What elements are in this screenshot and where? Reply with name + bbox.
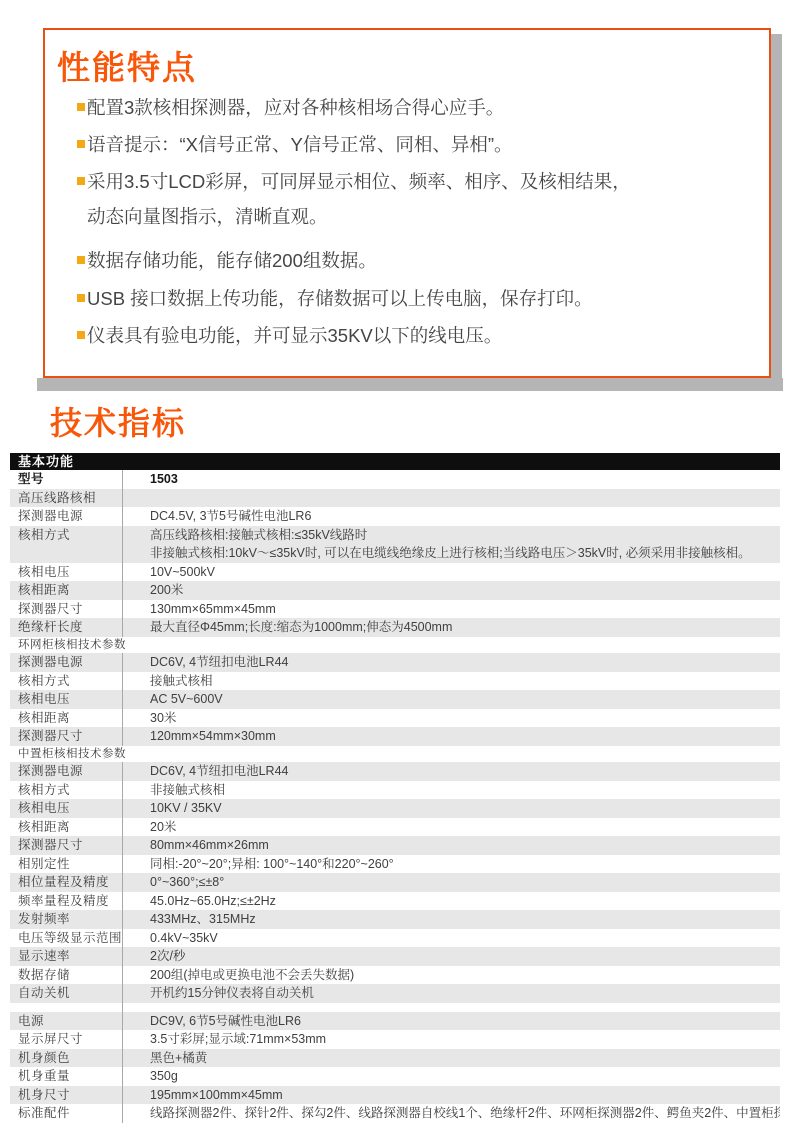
spec-row: 核相距离30米 (10, 709, 780, 728)
spec-label: 相别定性 (10, 855, 122, 874)
feature-item: 采用3.5寸LCD彩屏，可同屏显示相位、频率、相序、及核相结果， (45, 170, 745, 194)
spec-row: 机身重量350g (10, 1067, 780, 1086)
bullet-square-icon (77, 177, 85, 185)
spec-value: DC4.5V, 3节5号碱性电池LR6 (122, 507, 780, 526)
spec-label: 探测器尺寸 (10, 727, 122, 746)
feature-item: 仪表具有验电功能，并可显示35KV以下的线电压。 (45, 324, 745, 348)
spec-label: 核相方式 (10, 781, 122, 800)
spec-row: 频率量程及精度45.0Hz~65.0Hz;≤±2Hz (10, 892, 780, 911)
spec-row: 探测器尺寸120mm×54mm×30mm (10, 727, 780, 746)
spec-value: 10V~500kV (122, 563, 780, 582)
spec-row: 显示屏尺寸3.5寸彩屏;显示域:71mm×53mm (10, 1030, 780, 1049)
spec-value: 20米 (122, 818, 780, 837)
spec-value: DC6V, 4节纽扣电池LR44 (122, 762, 780, 781)
bullet-square-icon (77, 294, 85, 302)
specs-title: 技术指标 (50, 398, 186, 444)
spec-value: 350g (122, 1067, 780, 1086)
feature-text: 动态向量图指示，清晰直观。 (87, 205, 328, 229)
feature-text: 仪表具有验电功能，并可显示35KV以下的线电压。 (87, 324, 502, 348)
feature-item: 语音提示：“X信号正常、Y信号正常、同相、异相”。 (45, 133, 745, 157)
spec-label: 标准配件 (10, 1104, 122, 1123)
spec-label: 核相电压 (10, 563, 122, 582)
spec-subsection-row: 环网柜核相技术参数 (10, 637, 780, 654)
spec-label: 核相距离 (10, 709, 122, 728)
spec-value: 195mm×100mm×45mm (122, 1086, 780, 1105)
spec-value: 3.5寸彩屏;显示域:71mm×53mm (122, 1030, 780, 1049)
spec-row: 型号1503 (10, 470, 780, 489)
spec-row: 标准配件线路探测器2件、探针2件、探勾2件、线路探测器自校线1个、绝缘杆2件、环… (10, 1104, 780, 1123)
spec-value: 0.4kV~35kV (122, 929, 780, 948)
spec-row: 核相电压10KV / 35KV (10, 799, 780, 818)
spec-row: 核相电压10V~500kV (10, 563, 780, 582)
spec-row: 相位量程及精度0°~360°;≤±8° (10, 873, 780, 892)
spec-label: 机身颜色 (10, 1049, 122, 1068)
spec-value: 同相:-20°~20°;异相: 100°~140°和220°~260° (122, 855, 780, 874)
spec-value: DC6V, 4节纽扣电池LR44 (122, 653, 780, 672)
spec-row: 机身颜色黑色+橘黄 (10, 1049, 780, 1068)
spec-label: 探测器尺寸 (10, 836, 122, 855)
spec-label: 探测器电源 (10, 507, 122, 526)
spec-value: 非接触式核相 (122, 781, 780, 800)
bullet-square-icon (77, 256, 85, 264)
feature-text: 数据存储功能，能存储200组数据。 (87, 249, 377, 273)
spec-gap-value (122, 1003, 780, 1012)
spec-label: 机身尺寸 (10, 1086, 122, 1105)
spec-value (122, 489, 780, 508)
spec-label: 核相方式 (10, 526, 122, 563)
spec-label: 探测器尺寸 (10, 600, 122, 619)
spec-value: 线路探测器2件、探针2件、探勾2件、线路探测器自校线1个、绝缘杆2件、环网柜探测… (122, 1104, 780, 1123)
spec-value: 45.0Hz~65.0Hz;≤±2Hz (122, 892, 780, 911)
spec-label: 核相距离 (10, 581, 122, 600)
card-shadow-right (771, 34, 782, 391)
spec-label: 型号 (10, 470, 122, 489)
spec-label: 探测器电源 (10, 653, 122, 672)
spec-row: 绝缘杆长度最大直径Φ45mm;长度:缩态为1000mm;伸态为4500mm (10, 618, 780, 637)
features-card: 性能特点 配置3款核相探测器，应对各种核相场合得心应手。语音提示：“X信号正常、… (43, 28, 771, 378)
spec-label: 电压等级显示范围 (10, 929, 122, 948)
spec-value: 200组(掉电或更换电池不会丢失数据) (122, 966, 780, 985)
feature-item: 动态向量图指示，清晰直观。 (45, 205, 745, 229)
spec-gap-row (10, 1003, 780, 1012)
bullet-square-icon (77, 331, 85, 339)
spec-row: 相别定性同相:-20°~20°;异相: 100°~140°和220°~260° (10, 855, 780, 874)
spec-label: 机身重量 (10, 1067, 122, 1086)
feature-text: 语音提示：“X信号正常、Y信号正常、同相、异相”。 (87, 133, 513, 157)
feature-item: USB 接口数据上传功能，存储数据可以上传电脑，保存打印。 (45, 287, 745, 311)
bullet-square-icon (77, 103, 85, 111)
spec-label: 相位量程及精度 (10, 873, 122, 892)
feature-text: USB 接口数据上传功能，存储数据可以上传电脑，保存打印。 (87, 287, 593, 311)
spec-subsection-row: 中置柜核相技术参数 (10, 746, 780, 763)
spec-row: 核相方式高压线路核相:接触式核相:≤35kV线路时非接触式核相:10kV～≤35… (10, 526, 780, 563)
feature-text: 采用3.5寸LCD彩屏，可同屏显示相位、频率、相序、及核相结果， (87, 170, 631, 194)
spec-value: 黑色+橘黄 (122, 1049, 780, 1068)
spec-label: 频率量程及精度 (10, 892, 122, 911)
spec-value: AC 5V~600V (122, 690, 780, 709)
spec-value: 433MHz、315MHz (122, 910, 780, 929)
feature-item: 数据存储功能，能存储200组数据。 (45, 249, 745, 273)
spec-value: 2次/秒 (122, 947, 780, 966)
feature-item: 配置3款核相探测器，应对各种核相场合得心应手。 (45, 96, 745, 120)
spec-value: DC9V, 6节5号碱性电池LR6 (122, 1012, 780, 1031)
spec-label: 核相电压 (10, 690, 122, 709)
spec-row: 核相方式非接触式核相 (10, 781, 780, 800)
spec-row: 探测器电源DC6V, 4节纽扣电池LR44 (10, 653, 780, 672)
spec-value: 120mm×54mm×30mm (122, 727, 780, 746)
spec-label: 显示屏尺寸 (10, 1030, 122, 1049)
spec-row: 核相距离200米 (10, 581, 780, 600)
spec-label: 高压线路核相 (10, 489, 122, 508)
spec-gap-label (10, 1003, 122, 1012)
spec-row: 机身尺寸195mm×100mm×45mm (10, 1086, 780, 1105)
spec-row: 数据存储200组(掉电或更换电池不会丢失数据) (10, 966, 780, 985)
features-title: 性能特点 (57, 42, 197, 89)
spec-value-line: 非接触式核相:10kV～≤35kV时, 可以在电缆线绝缘皮上进行核相;当线路电压… (150, 544, 780, 563)
spec-rows: 型号1503高压线路核相探测器电源DC4.5V, 3节5号碱性电池LR6核相方式… (10, 470, 780, 1123)
spec-value: 最大直径Φ45mm;长度:缩态为1000mm;伸态为4500mm (122, 618, 780, 637)
spec-label: 探测器电源 (10, 762, 122, 781)
spec-value: 80mm×46mm×26mm (122, 836, 780, 855)
spec-row: 探测器电源DC4.5V, 3节5号碱性电池LR6 (10, 507, 780, 526)
spec-row: 电压等级显示范围0.4kV~35kV (10, 929, 780, 948)
bullet-square-icon (77, 140, 85, 148)
spec-row: 核相电压AC 5V~600V (10, 690, 780, 709)
spec-label: 显示速率 (10, 947, 122, 966)
spec-label: 自动关机 (10, 984, 122, 1003)
spec-table: 基本功能 型号1503高压线路核相探测器电源DC4.5V, 3节5号碱性电池LR… (10, 453, 780, 1123)
spec-row: 探测器电源DC6V, 4节纽扣电池LR44 (10, 762, 780, 781)
card-shadow-bottom (37, 378, 783, 391)
spec-value: 开机约15分钟仪表将自动关机 (122, 984, 780, 1003)
spec-row: 自动关机开机约15分钟仪表将自动关机 (10, 984, 780, 1003)
spec-value: 接触式核相 (122, 672, 780, 691)
spec-label: 核相距离 (10, 818, 122, 837)
spec-value: 10KV / 35KV (122, 799, 780, 818)
spec-value: 0°~360°;≤±8° (122, 873, 780, 892)
spec-row: 探测器尺寸130mm×65mm×45mm (10, 600, 780, 619)
spec-value: 1503 (122, 470, 780, 489)
feature-text: 配置3款核相探测器，应对各种核相场合得心应手。 (87, 96, 504, 120)
spec-label: 发射频率 (10, 910, 122, 929)
spec-value-line: 高压线路核相:接触式核相:≤35kV线路时 (150, 526, 780, 545)
spec-label: 数据存储 (10, 966, 122, 985)
spec-value: 200米 (122, 581, 780, 600)
spec-row: 探测器尺寸80mm×46mm×26mm (10, 836, 780, 855)
spec-section-row: 高压线路核相 (10, 489, 780, 508)
spec-row: 显示速率2次/秒 (10, 947, 780, 966)
spec-label: 电源 (10, 1012, 122, 1031)
spec-row: 电源DC9V, 6节5号碱性电池LR6 (10, 1012, 780, 1031)
spec-row: 发射频率433MHz、315MHz (10, 910, 780, 929)
spec-row: 核相方式接触式核相 (10, 672, 780, 691)
spec-value: 30米 (122, 709, 780, 728)
spec-row: 核相距离20米 (10, 818, 780, 837)
spec-value: 130mm×65mm×45mm (122, 600, 780, 619)
spec-label: 绝缘杆长度 (10, 618, 122, 637)
spec-table-header: 基本功能 (10, 453, 780, 470)
spec-label: 核相方式 (10, 672, 122, 691)
spec-label: 核相电压 (10, 799, 122, 818)
spec-value: 高压线路核相:接触式核相:≤35kV线路时非接触式核相:10kV～≤35kV时,… (122, 526, 780, 563)
